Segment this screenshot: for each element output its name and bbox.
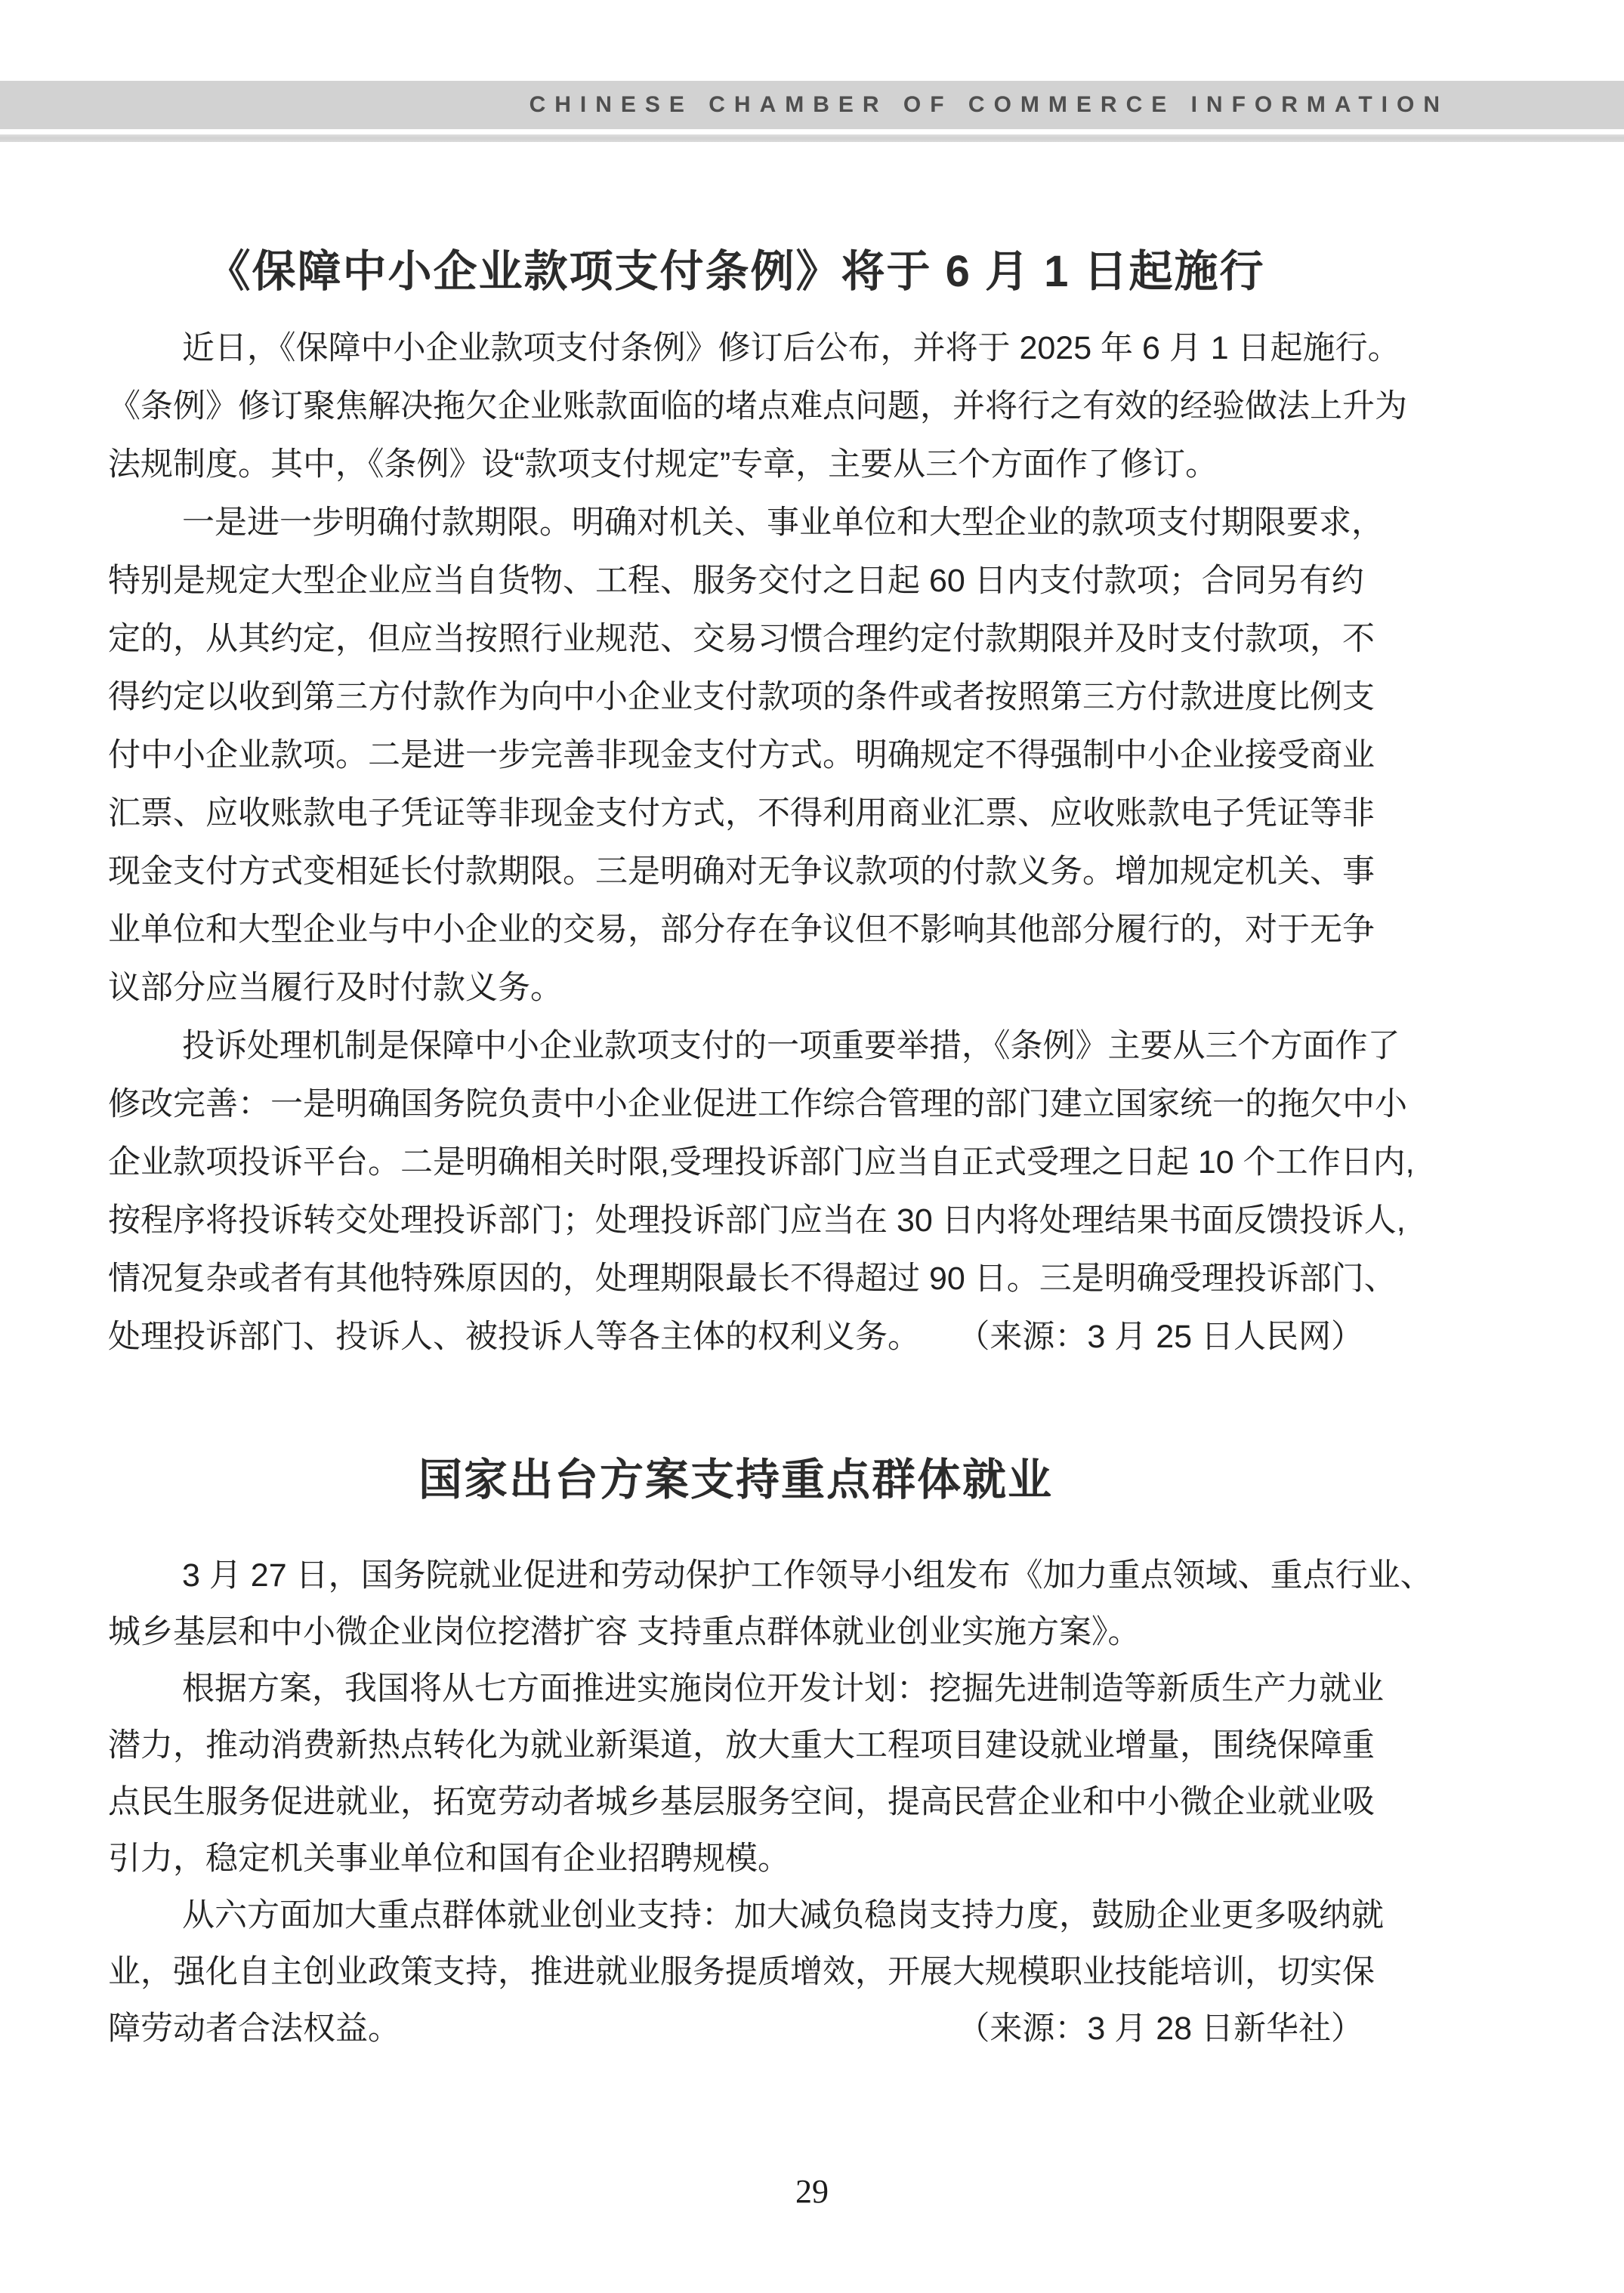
text-line: 修改完善：一是明确国务院负责中小企业促进工作综合管理的部门建立国家统一的拖欠中小	[108, 1076, 1363, 1134]
text-line: 付中小企业款项。二是进一步完善非现金支付方式。明确规定不得强制中小企业接受商业	[108, 727, 1363, 785]
text-line: 城乡基层和中小微企业岗位挖潜扩容 支持重点群体就业创业实施方案》。	[108, 1604, 1363, 1661]
article: 《保障中小企业款项支付条例》将于 6 月 1 日起施行近日，《保障中小企业款项支…	[108, 240, 1363, 1366]
text-line: 引力，稳定机关事业单位和国有企业招聘规模。	[108, 1831, 1363, 1887]
text-line: 现金支付方式变相延长付款期限。三是明确对无争议款项的付款义务。增加规定机关、事	[108, 843, 1363, 901]
paragraph: 从六方面加大重点群体就业创业支持：加大减负稳岗支持力度，鼓励企业更多吸纳就业，强…	[108, 1887, 1363, 2057]
text-line: 潜力，推动消费新热点转化为就业新渠道，放大重大工程项目建设就业增量，围绕保障重	[108, 1717, 1363, 1774]
text-line: 企业款项投诉平台。二是明确相关时限,受理投诉部门应当自正式受理之日起 10 个工…	[108, 1134, 1363, 1192]
text-line: 一是进一步明确付款期限。明确对机关、事业单位和大型企业的款项支付期限要求，	[108, 494, 1363, 552]
text-line: 业单位和大型企业与中小企业的交易，部分存在争议但不影响其他部分履行的，对于无争	[108, 901, 1363, 959]
paragraph: 根据方案，我国将从七方面推进实施岗位开发计划：挖掘先进制造等新质生产力就业潜力，…	[108, 1661, 1363, 1887]
text-line: 特别是规定大型企业应当自货物、工程、服务交付之日起 60 日内支付款项；合同另有…	[108, 552, 1363, 610]
text-line: 议部分应当履行及时付款义务。	[108, 959, 1363, 1017]
page-number: 29	[0, 2169, 1624, 2214]
text-line: 近日，《保障中小企业款项支付条例》修订后公布，并将于 2025 年 6 月 1 …	[108, 319, 1363, 378]
line-text: 障劳动者合法权益。	[108, 2001, 400, 2057]
document-page: CHINESE CHAMBER OF COMMERCE INFORMATION …	[0, 0, 1624, 2293]
text-line: 情况复杂或者有其他特殊原因的，处理期限最长不得超过 90 日。三是明确受理投诉部…	[108, 1250, 1363, 1308]
text-line: 按程序将投诉转交处理投诉部门；处理投诉部门应当在 30 日内将处理结果书面反馈投…	[108, 1192, 1363, 1250]
paragraph: 一是进一步明确付款期限。明确对机关、事业单位和大型企业的款项支付期限要求，特别是…	[108, 494, 1363, 1017]
article-title: 《保障中小企业款项支付条例》将于 6 月 1 日起施行	[108, 240, 1363, 304]
text-line: 得约定以收到第三方付款作为向中小企业支付款项的条件或者按照第三方付款进度比例支	[108, 668, 1363, 727]
text-line: 定的，从其约定，但应当按照行业规范、交易习惯合理约定付款期限并及时支付款项，不	[108, 610, 1363, 668]
articles-container: 《保障中小企业款项支付条例》将于 6 月 1 日起施行近日，《保障中小企业款项支…	[108, 0, 1363, 2057]
text-line: 处理投诉部门、投诉人、被投诉人等各主体的权利义务。（来源：3 月 25 日人民网…	[108, 1308, 1363, 1366]
text-line: 法规制度。其中，《条例》设“款项支付规定”专章，主要从三个方面作了修订。	[108, 436, 1363, 494]
article: 国家出台方案支持重点群体就业3 月 27 日，国务院就业促进和劳动保护工作领导小…	[108, 1449, 1363, 2057]
text-line: 点民生服务促进就业，拓宽劳动者城乡基层服务空间，提高民营企业和中小微企业就业吸	[108, 1774, 1363, 1831]
text-line: 业，强化自主创业政策支持，推进就业服务提质增效，开展大规模职业技能培训，切实保	[108, 1944, 1363, 2001]
paragraph: 3 月 27 日，国务院就业促进和劳动保护工作领导小组发布《加力重点领域、重点行…	[108, 1548, 1363, 1661]
text-line: 从六方面加大重点群体就业创业支持：加大减负稳岗支持力度，鼓励企业更多吸纳就	[108, 1887, 1363, 1944]
text-line: 汇票、应收账款电子凭证等非现金支付方式，不得利用商业汇票、应收账款电子凭证等非	[108, 785, 1363, 843]
paragraph: 近日，《保障中小企业款项支付条例》修订后公布，并将于 2025 年 6 月 1 …	[108, 319, 1363, 494]
paragraph: 投诉处理机制是保障中小企业款项支付的一项重要举措，《条例》主要从三个方面作了修改…	[108, 1017, 1363, 1366]
article-title: 国家出台方案支持重点群体就业	[108, 1449, 1363, 1512]
text-line: 投诉处理机制是保障中小企业款项支付的一项重要举措，《条例》主要从三个方面作了	[108, 1017, 1363, 1076]
line-text: 处理投诉部门、投诉人、被投诉人等各主体的权利义务。	[108, 1308, 920, 1366]
text-line: 《条例》修订聚焦解决拖欠企业账款面临的堵点难点问题，并将行之有效的经验做法上升为	[108, 378, 1363, 436]
text-line: 3 月 27 日，国务院就业促进和劳动保护工作领导小组发布《加力重点领域、重点行…	[108, 1548, 1363, 1604]
article-body: 近日，《保障中小企业款项支付条例》修订后公布，并将于 2025 年 6 月 1 …	[108, 319, 1363, 1366]
article-body: 3 月 27 日，国务院就业促进和劳动保护工作领导小组发布《加力重点领域、重点行…	[108, 1548, 1363, 2057]
source-label: （来源：3 月 25 日人民网）	[957, 1308, 1363, 1366]
text-line: 根据方案，我国将从七方面推进实施岗位开发计划：挖掘先进制造等新质生产力就业	[108, 1661, 1363, 1717]
source-label: （来源：3 月 28 日新华社）	[957, 2001, 1363, 2057]
text-line: 障劳动者合法权益。（来源：3 月 28 日新华社）	[108, 2001, 1363, 2057]
